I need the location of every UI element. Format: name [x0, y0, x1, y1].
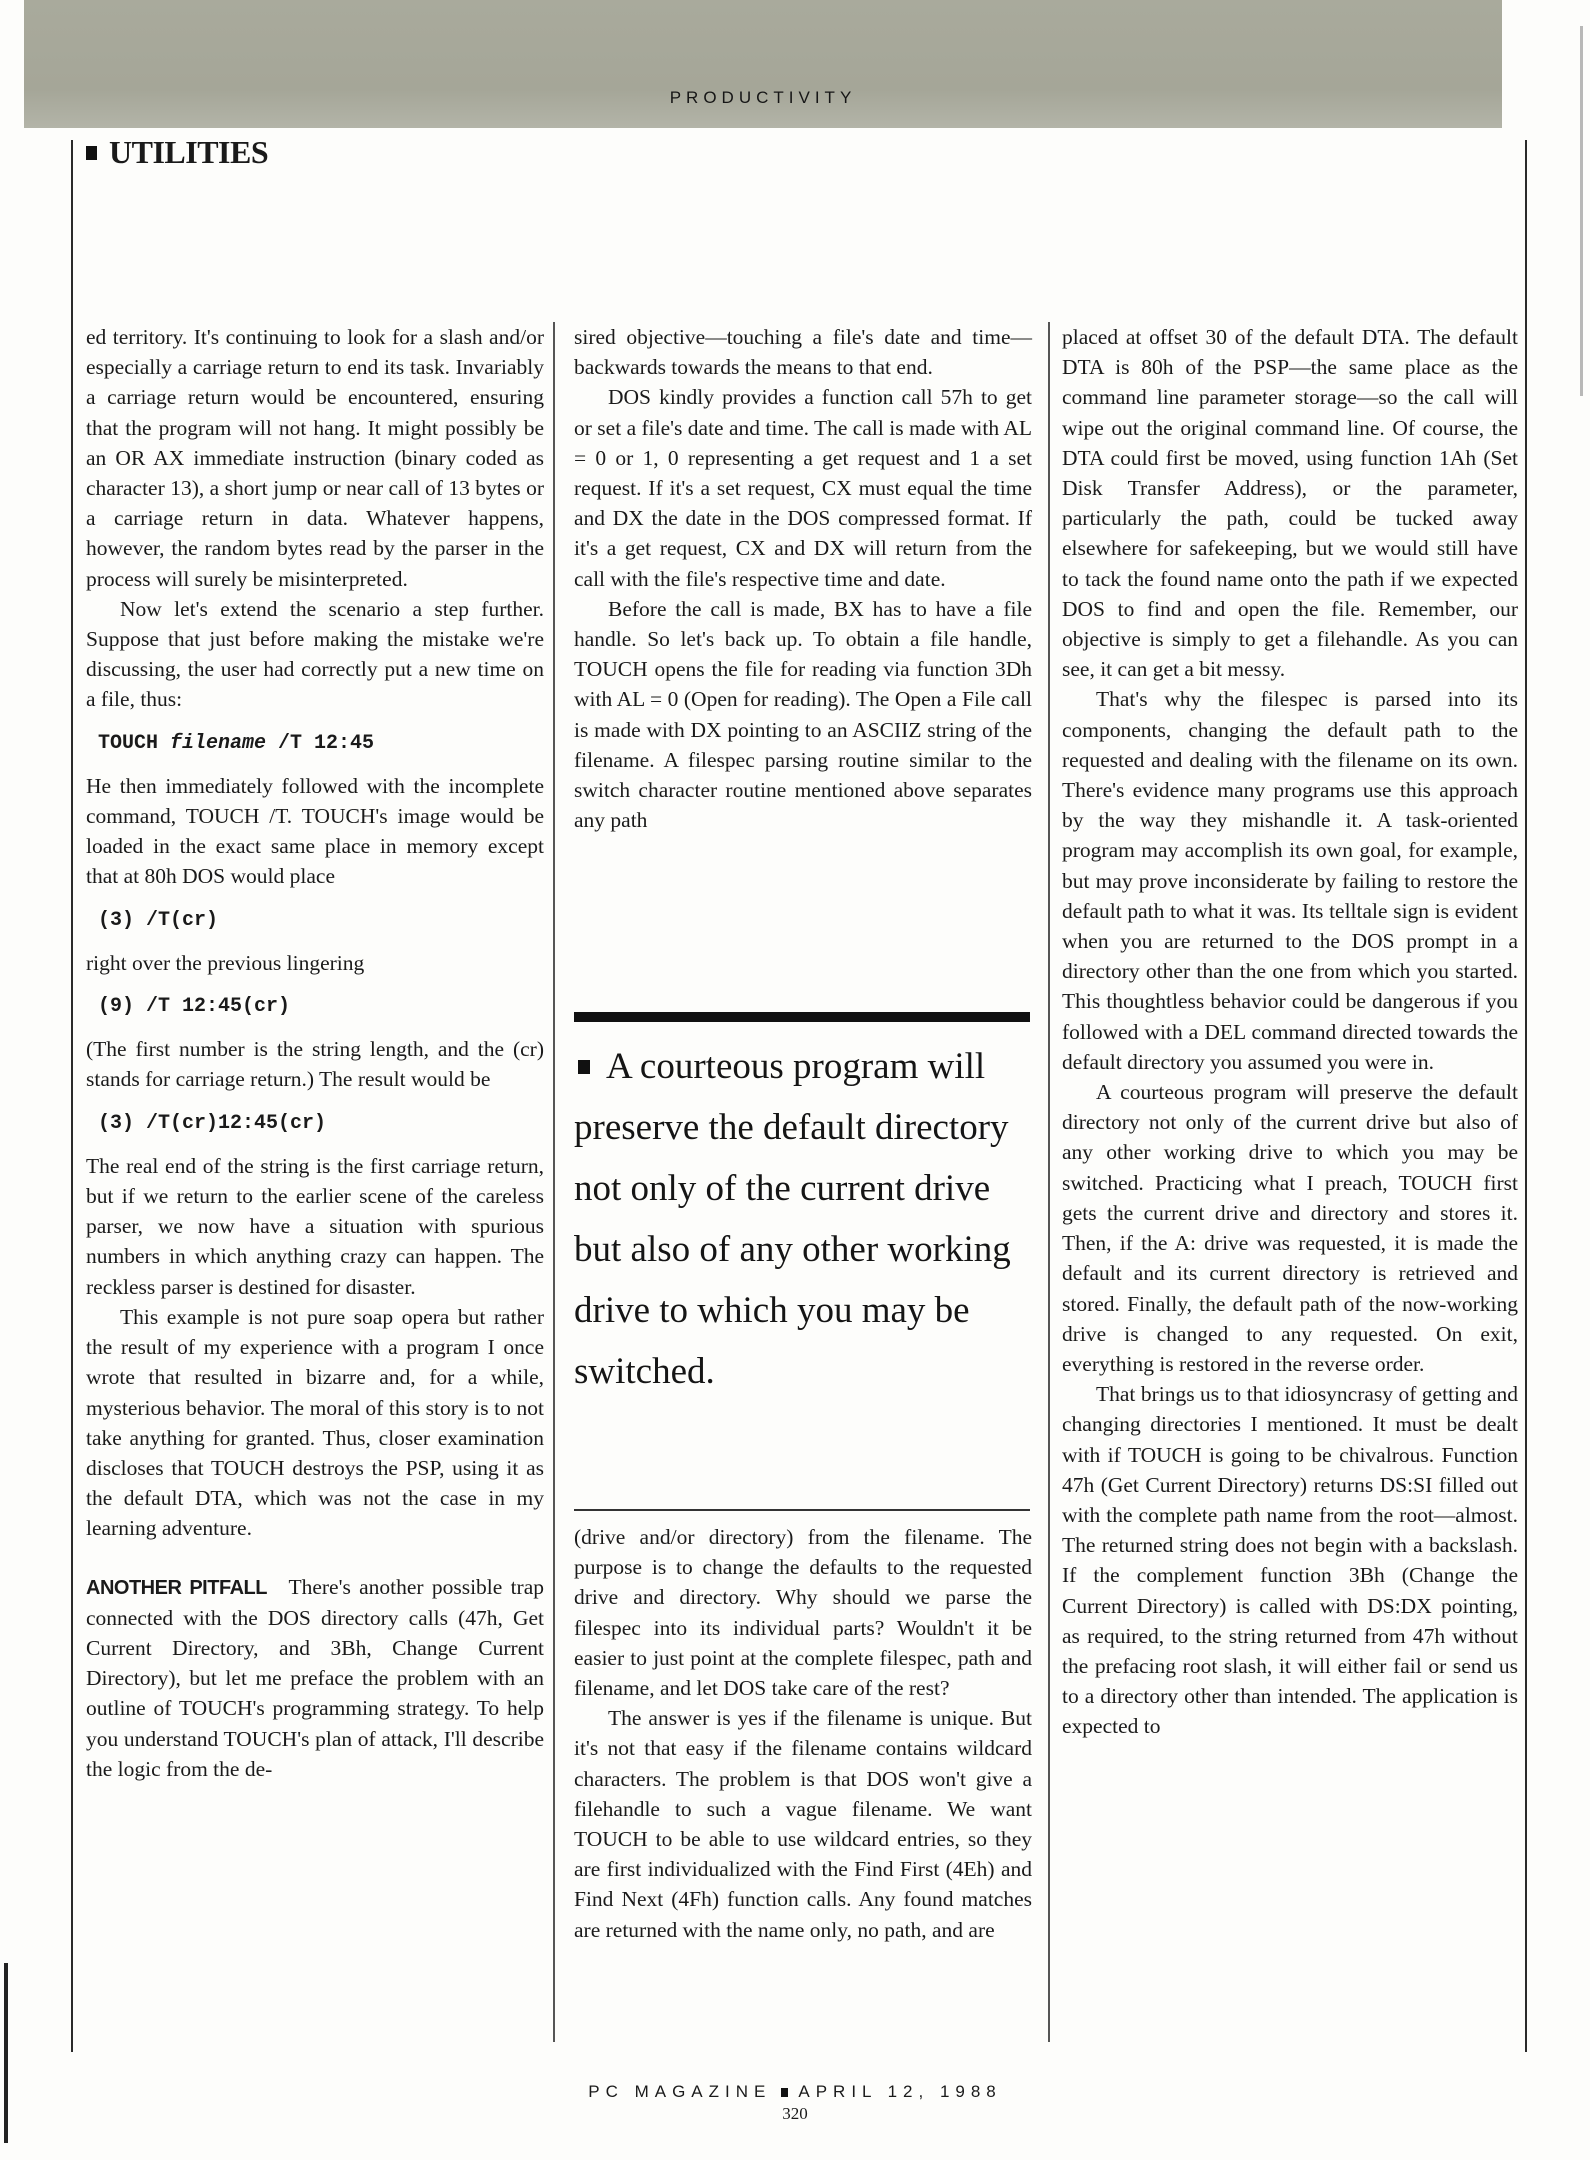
article-column-2-continued: (drive and/or directory) from the filena…	[574, 1522, 1032, 1945]
paragraph: The real end of the string is the first …	[86, 1151, 544, 1302]
section-label: PRODUCTIVITY	[0, 88, 1526, 108]
bullet-square-icon	[86, 146, 97, 160]
article-column-1: ed territory. It's continuing to look fo…	[86, 322, 544, 1784]
paragraph: right over the previous lingering	[86, 948, 544, 978]
paragraph: A courteous program will preserve the de…	[1062, 1077, 1518, 1379]
subhead-paragraph: ANOTHER PITFALL There's another possible…	[86, 1572, 544, 1784]
issue-date: APRIL 12, 1988	[798, 2082, 1001, 2101]
pull-quote-rule-top	[574, 1012, 1030, 1022]
publication-name: PC MAGAZINE	[588, 2082, 771, 2101]
subhead: ANOTHER PITFALL	[86, 1577, 267, 1599]
column-divider	[1048, 322, 1050, 2042]
department-title: UTILITIES	[109, 134, 268, 171]
code-text: (3) /T(cr)	[98, 909, 218, 932]
code-line: (9) /T 12:45(cr)	[98, 992, 544, 1022]
pull-quote: A courteous program will preserve the de…	[574, 1012, 1030, 1402]
code-line: (3) /T(cr)	[98, 906, 544, 936]
bullet-square-icon	[781, 2088, 788, 2097]
article-column-3: placed at offset 30 of the default DTA. …	[1062, 322, 1518, 1742]
paragraph: That brings us to that idiosyncrasy of g…	[1062, 1379, 1518, 1741]
column-divider	[553, 322, 555, 2042]
page-number: 320	[0, 2104, 1590, 2124]
pull-quote-text: A courteous program will preserve the de…	[574, 1036, 1030, 1402]
code-placeholder: filename	[170, 732, 266, 755]
paragraph: The answer is yes if the filename is uni…	[574, 1703, 1032, 1945]
spacer	[86, 1544, 544, 1572]
paragraph: placed at offset 30 of the default DTA. …	[1062, 322, 1518, 684]
paragraph: (drive and/or directory) from the filena…	[574, 1522, 1032, 1703]
paragraph: (The first number is the string length, …	[86, 1034, 544, 1094]
paragraph: sired objective—touching a file's date a…	[574, 322, 1032, 382]
section-banner	[24, 0, 1502, 128]
department-heading: UTILITIES	[86, 134, 268, 171]
paragraph: Now let's extend the scenario a step fur…	[86, 594, 544, 715]
pull-quote-rule-bottom	[574, 1509, 1030, 1511]
scan-edge-mark	[1580, 26, 1583, 396]
paragraph: That's why the filespec is parsed into i…	[1062, 684, 1518, 1077]
page-footer: PC MAGAZINEAPRIL 12, 1988	[0, 2082, 1590, 2102]
code-line: (3) /T(cr)12:45(cr)	[98, 1109, 544, 1139]
code-text: TOUCH	[98, 732, 170, 755]
paragraph: ed territory. It's continuing to look fo…	[86, 322, 544, 594]
pull-quote-body: A courteous program will preserve the de…	[574, 1046, 1011, 1392]
article-column-2: sired objective—touching a file's date a…	[574, 322, 1032, 835]
bullet-square-icon	[578, 1060, 590, 1074]
code-text: (3) /T(cr)12:45(cr)	[98, 1112, 326, 1135]
page-frame-left	[71, 140, 73, 2052]
page-frame-right	[1525, 140, 1527, 2052]
paragraph: This example is not pure soap opera but …	[86, 1302, 544, 1544]
code-text: /T 12:45	[266, 732, 374, 755]
paragraph: He then immediately followed with the in…	[86, 771, 544, 892]
code-text: (9) /T 12:45(cr)	[98, 995, 290, 1018]
paragraph: Before the call is made, BX has to have …	[574, 594, 1032, 836]
paragraph: DOS kindly provides a function call 57h …	[574, 382, 1032, 593]
code-line: TOUCH filename /T 12:45	[98, 729, 544, 759]
paragraph-text: There's another possible trap connected …	[86, 1575, 544, 1781]
